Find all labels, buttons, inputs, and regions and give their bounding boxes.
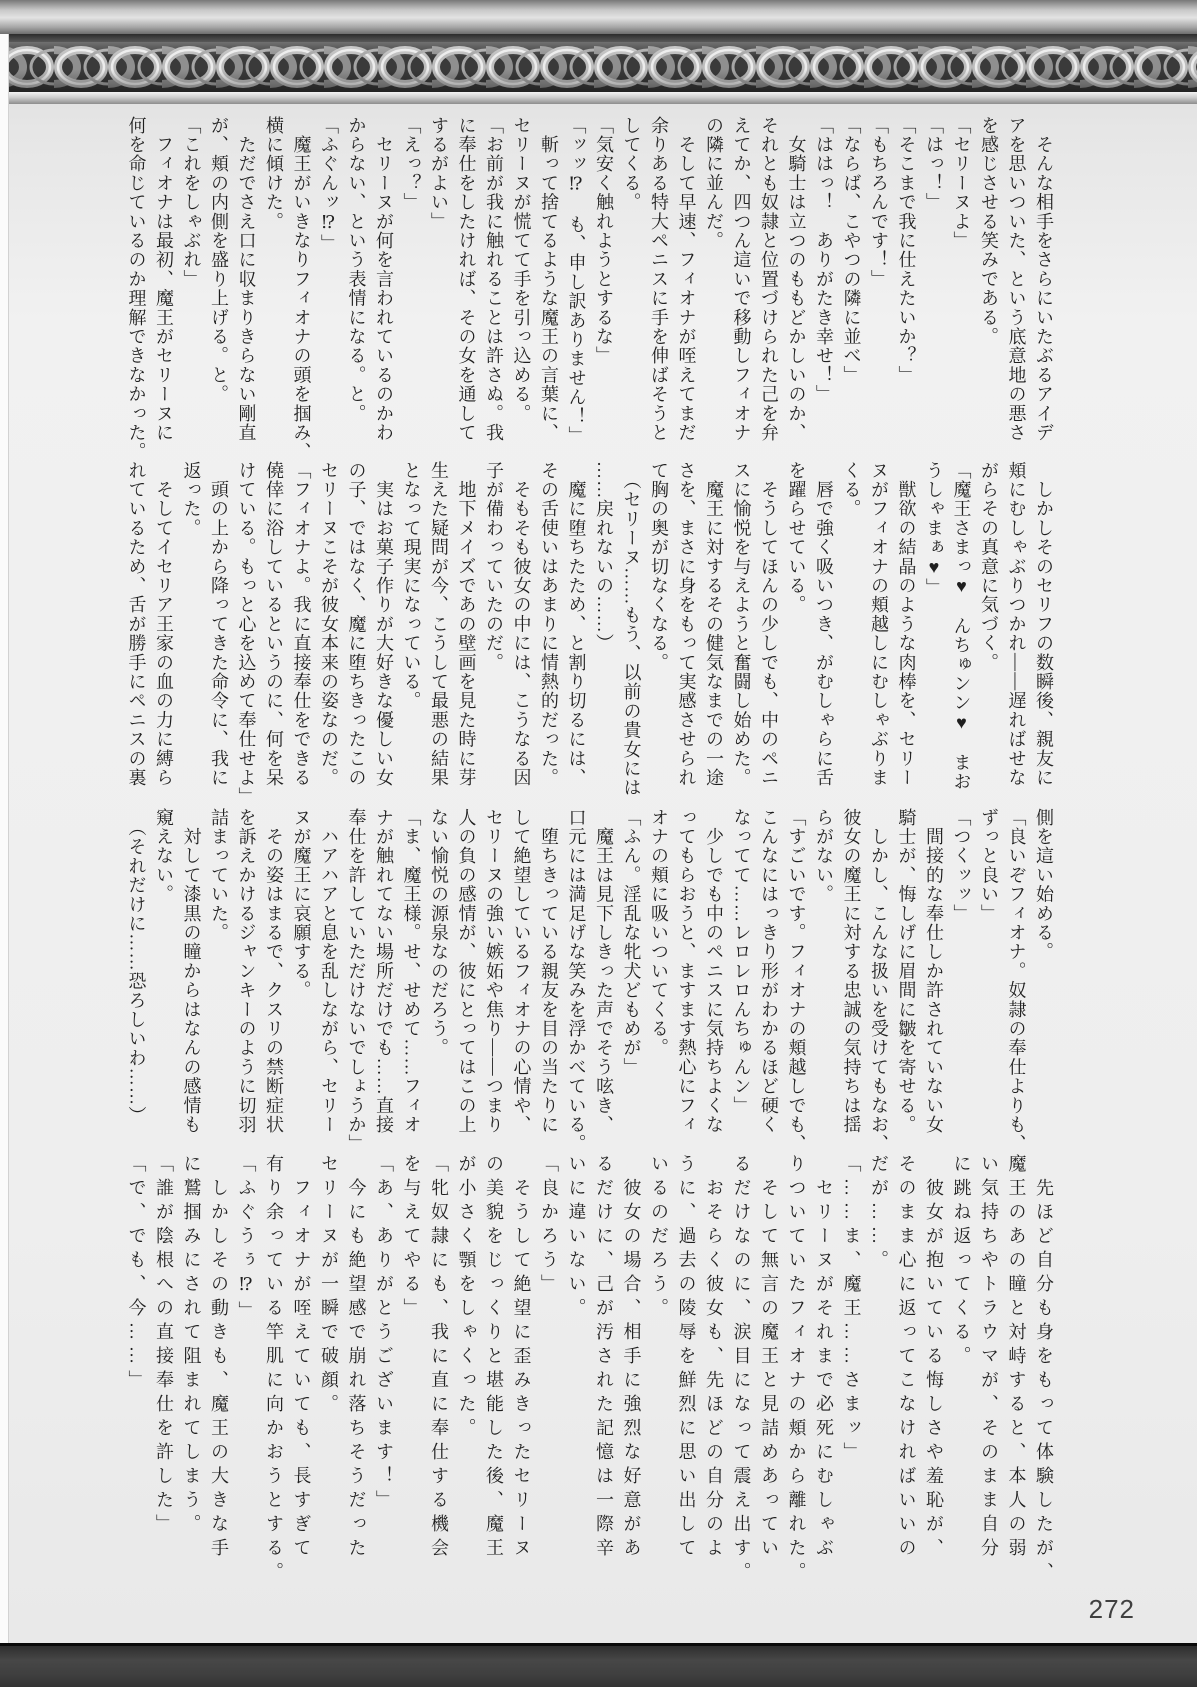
text-column: 「あ、ありがとうございます！」 (370, 1154, 398, 1618)
text-column: が、頬の内側を盛り上げる。と。 (205, 116, 233, 468)
text-column: に跳ね返ってくる。 (947, 1154, 975, 1618)
text-column: い気持ちやトラウマが、そのまま自分 (975, 1154, 1003, 1618)
text-column: 「良いぞフィオナ。奴隷の奉仕よりも、 (1002, 808, 1030, 1160)
text-column: オナの頬に吸いついてくる。 (645, 808, 673, 1160)
text-column: 「ッッ⁉ も、申し訳ありません！」 (562, 116, 590, 468)
text-column: おそらく彼女も、先ほどの自分のよ (700, 1154, 728, 1618)
text-column: うに、過去の陵辱を鮮烈に思い出して (672, 1154, 700, 1618)
text-column: 何を命じているのか理解できなかった。 (122, 116, 150, 468)
text-column: セリーヌがそれまで必死にむしゃぶ (810, 1154, 838, 1618)
text-column: の美貌をじっくりと堪能した後、魔王 (480, 1154, 508, 1618)
text-column: 生えた疑問が今、こうして最悪の結果 (425, 461, 453, 813)
text-column: ただでさえ口に収まりきらない剛直 (232, 116, 260, 468)
text-column: 女騎士は立つのももどかしいのか、 (782, 116, 810, 468)
text-column: 獣欲の結晶のような肉棒を、セリー (892, 461, 920, 813)
text-column: 魔王のあの瞳と対峙すると、本人の弱 (1002, 1154, 1030, 1618)
text-column: ヌがフィオナの頬越しにむしゃぶりま (865, 461, 893, 813)
text-band-4: 先ほど自分も身をもって体験したが、魔王のあの瞳と対峙すると、本人の弱い気持ちやト… (122, 1154, 1057, 1618)
text-column: そして早速、フィオナが咥えてまだ (672, 116, 700, 468)
text-column: 「つくッッ」 (947, 808, 975, 1160)
text-column: 横に傾けた。 (260, 116, 288, 468)
text-column: 「ま、魔王様。せ、せめて……フィオ (397, 808, 425, 1160)
text-column: 「そこまで我に仕えたいか？」 (892, 116, 920, 468)
text-column: さを、まさに身をもって実感させられ (672, 461, 700, 813)
text-column: セリーヌが何を言われているのかわ (370, 116, 398, 468)
text-column: して絶望しているフィオナの心情や、 (507, 808, 535, 1160)
text-column: 彼女が抱いている悔しさや羞恥が、 (920, 1154, 948, 1618)
text-column: からない、という表情になる。と。 (342, 116, 370, 468)
text-column: してくる。 (617, 116, 645, 468)
text-column: 返った。 (177, 461, 205, 813)
text-column: いるのだろう。 (645, 1154, 673, 1618)
text-column: 騎士が、悔しげに眉間に皺を寄せる。 (892, 808, 920, 1160)
border-metal-bar (0, 0, 1197, 34)
text-column: 彼女の魔王に対する忠誠の気持ちは揺 (837, 808, 865, 1160)
text-column: それとも奴隷と位置づけられた己を弁 (755, 116, 783, 468)
text-column: そうして絶望に歪みきったセリーヌ (507, 1154, 535, 1618)
text-column: セリーヌが一瞬で破顔。 (315, 1154, 343, 1618)
text-column: ヌが魔王に哀願する。 (287, 808, 315, 1160)
text-column: 「牝奴隷にも、我に直に奉仕する機会 (425, 1154, 453, 1618)
text-column: 対して漆黒の瞳からはなんの感情も (177, 808, 205, 1160)
text-column: 「ふぐんッ⁉」 (315, 116, 343, 468)
border-bottom-edge (0, 92, 1197, 104)
text-column: フィオナが咥えていても、長すぎて (287, 1154, 315, 1618)
text-column: 「ふぐうぅ⁉」 (232, 1154, 260, 1618)
text-column: その姿はまるで、クスリの禁断症状 (260, 808, 288, 1160)
text-column: セリーヌこそが彼女本来の姿なのだ。 (315, 461, 343, 813)
text-column: となって現実になっている。 (397, 461, 425, 813)
text-column: ない愉悦の源泉なのだろう。 (425, 808, 453, 1160)
text-column: 「お前が我に触れることは許さぬ。我 (480, 116, 508, 468)
text-column: らがない。 (810, 808, 838, 1160)
text-column: くる。 (837, 461, 865, 813)
text-column: けている。もっと心を込めて奉仕せよ」 (232, 461, 260, 813)
text-column: るだけなのに、涙目になって震え出す。 (727, 1154, 755, 1618)
text-column: を躍らせている。 (782, 461, 810, 813)
text-column: 「ふん。淫乱な牝犬どもめが」 (617, 808, 645, 1160)
text-column: れているため、舌が勝手にペニスの裏 (122, 461, 150, 813)
border-dark-line (0, 34, 1197, 42)
decorative-border-top (0, 0, 1197, 104)
text-column: 堕ちきっている親友を目の当たりに (535, 808, 563, 1160)
text-column: 「気安く触れようとするな」 (590, 116, 618, 468)
text-column: しかしその動きも、魔王の大きな手 (205, 1154, 233, 1618)
text-column: 「魔王さまっ♥ んちゅンン♥ まお (947, 461, 975, 813)
text-column: ってもらおうと、ますます熱心にフィ (672, 808, 700, 1160)
text-column: りついていたフィオナの頬から離れた。 (782, 1154, 810, 1618)
text-column: 「えっ？」 (397, 116, 425, 468)
text-column: しかしそのセリフの数瞬後、親友に (1030, 461, 1058, 813)
text-column: 魔王がいきなりフィオナの頭を掴み、 (287, 116, 315, 468)
text-column: フィオナは最初、魔王がセリーヌに (150, 116, 178, 468)
text-column: 口元には満足げな笑みを浮かべている。 (562, 808, 590, 1160)
text-column: 詰まっていた。 (205, 808, 233, 1160)
text-column: うしゃまぁ♥」 (920, 461, 948, 813)
text-column: 彼女の場合、相手に強烈な好意があ (617, 1154, 645, 1618)
text-column: 魔王は見下しきった声でそう呟き、 (590, 808, 618, 1160)
celtic-knot-band (0, 42, 1197, 92)
text-column: いに違いない。 (562, 1154, 590, 1618)
text-column: 有り余っている竿肌に向かおうとする。 (260, 1154, 288, 1618)
text-column: るだけに、己が汚された記憶は一際辛 (590, 1154, 618, 1618)
text-column: ハアハアと息を乱しながら、セリー (315, 808, 343, 1160)
text-column: 頭の上から降ってきた命令に、我に (205, 461, 233, 813)
text-column: 「これをしゃぶれ」 (177, 116, 205, 468)
text-column: 「すごいです。フィオナの頬越しでも、 (782, 808, 810, 1160)
text-column: ナが触れてない場所だけでも……直接 (370, 808, 398, 1160)
text-column: 先ほど自分も身をもって体験したが、 (1030, 1154, 1058, 1618)
text-column: 唇で強く吸いつき、がむしゃらに舌 (810, 461, 838, 813)
text-column: 斬って捨てるような魔王の言葉に、 (535, 116, 563, 468)
text-column: そもそも彼女の中には、こうなる因 (507, 461, 535, 813)
text-column: しかし、こんな扱いを受けてもなお、 (865, 808, 893, 1160)
text-column: （それだけに……恐ろしいわ……） (122, 808, 150, 1160)
text-band-2: しかしそのセリフの数瞬後、親友に頬にむしゃぶりつかれ——遅ればせながらその真意に… (122, 461, 1057, 813)
text-column: 頬にむしゃぶりつかれ——遅ればせな (1002, 461, 1030, 813)
text-column: 「はっ！」 (920, 116, 948, 468)
text-column: 「ははっ！ ありがたき幸せ！」 (810, 116, 838, 468)
text-column: の子、ではなく、魔に堕ちきったこの (342, 461, 370, 813)
text-column: 子が備わっていたのだ。 (480, 461, 508, 813)
text-column: するがよい」 (425, 116, 453, 468)
text-column: 今にも絶望感で崩れ落ちそうだった (342, 1154, 370, 1618)
text-column: 「セリーヌよ」 (947, 116, 975, 468)
text-column: 余りある特大ペニスに手を伸ばそうと (645, 116, 673, 468)
text-column: がらその真意に気づく。 (975, 461, 1003, 813)
text-column: 「で、でも、今……」 (122, 1154, 150, 1618)
text-column: 「誰が陰根への直接奉仕を許した」 (150, 1154, 178, 1618)
text-column: を訴えかけるジャンキーのように切羽 (232, 808, 260, 1160)
text-column: セリーヌの強い嫉妬や焦り——つまり (480, 808, 508, 1160)
text-column: 「もちろんです！」 (865, 116, 893, 468)
text-column: が小さく顎をしゃくった。 (452, 1154, 480, 1618)
text-band-1: そんな相手をさらにいたぶるアイデアを思いついた、という底意地の悪さを感じさせる笑… (122, 116, 1057, 468)
text-column: そのまま心に返ってこなければいいの (892, 1154, 920, 1618)
text-column: そんな相手をさらにいたぶるアイデ (1030, 116, 1058, 468)
text-column: 実はお菓子作りが大好きな優しい女 (370, 461, 398, 813)
text-column: アを思いついた、という底意地の悪さ (1002, 116, 1030, 468)
text-column: 人の負の感情が、彼にとってはこの上 (452, 808, 480, 1160)
text-column: て胸の奥が切なくなる。 (645, 461, 673, 813)
page-number: 272 (1089, 1594, 1135, 1625)
text-column: を与えてやる」 (397, 1154, 425, 1618)
text-column: 僥倖に浴しているというのに、何を呆 (260, 461, 288, 813)
text-column: スに愉悦を与えようと奮闘し始めた。 (727, 461, 755, 813)
text-column: セリーヌが慌てて手を引っ込める。 (507, 116, 535, 468)
footer-bar (0, 1643, 1197, 1687)
text-column: そしてイセリア王家の血の力に縛ら (150, 461, 178, 813)
text-column: 地下メイズであの壁画を見た時に芽 (452, 461, 480, 813)
text-column: 「フィオナよ。我に直接奉仕をできる (287, 461, 315, 813)
text-column: 側を這い始める。 (1030, 808, 1058, 1160)
text-column: 「ならば、こやつの隣に並べ」 (837, 116, 865, 468)
text-column: を感じさせる笑みである。 (975, 116, 1003, 468)
text-column: そして無言の魔王と見詰めあってい (755, 1154, 783, 1618)
text-column: 「……ま、魔王……さまッ」 (837, 1154, 865, 1618)
text-column: に奉仕をしたければ、その女を通して (452, 116, 480, 468)
text-column: だが……。 (865, 1154, 893, 1618)
text-column: こんなにはっきり形がわかるほど硬く (755, 808, 783, 1160)
text-column: そうしてほんの少しでも、中のペニ (755, 461, 783, 813)
text-column: その舌使いはあまりに情熱的だった。 (535, 461, 563, 813)
text-band-3: 側を這い始める。「良いぞフィオナ。奴隷の奉仕よりも、ずっと良い」「つくッッ」 間… (122, 808, 1057, 1160)
text-column: ずっと良い」 (975, 808, 1003, 1160)
text-column: 窺えない。 (150, 808, 178, 1160)
text-column: 「良かろう」 (535, 1154, 563, 1618)
text-column: 少しでも中のペニスに気持ちよくな (700, 808, 728, 1160)
text-column: に鷲掴みにされて阻まれてしまう。 (177, 1154, 205, 1618)
text-column: 間接的な奉仕しか許されていない女 (920, 808, 948, 1160)
text-column: なってて……レロレロんちゅんン」 (727, 808, 755, 1160)
text-column: えてか、四つん這いで移動しフィオナ (727, 116, 755, 468)
text-column: 魔に堕ちたため、と割り切るには、 (562, 461, 590, 813)
text-column: の隣に並んだ。 (700, 116, 728, 468)
text-column: （セリーヌ……もう、以前の貴女には (617, 461, 645, 813)
text-column: 奉仕を許していただけないでしょうか」 (342, 808, 370, 1160)
text-column: ……戻れないの……） (590, 461, 618, 813)
text-column: 魔王に対するその健気なまでの一途 (700, 461, 728, 813)
border-sheen (0, 42, 1197, 92)
page-edge-strip (0, 34, 9, 1643)
